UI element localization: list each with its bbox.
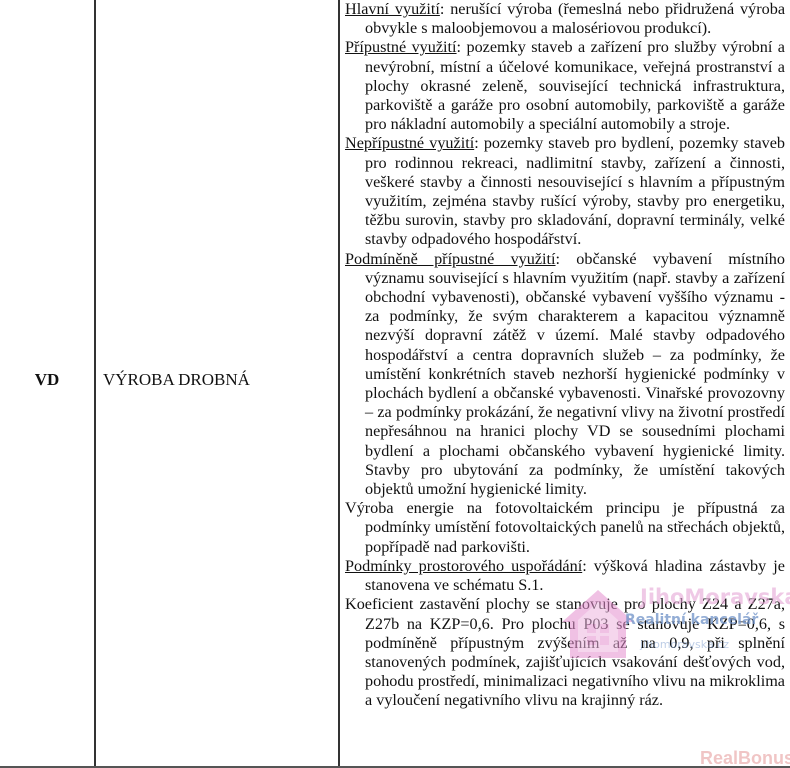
paragraph-label: Podmínky prostorového uspořádání — [345, 557, 582, 575]
zoning-table: VD VÝROBA DROBNÁ Hlavní využití: nerušíc… — [0, 0, 790, 768]
column-divider — [94, 0, 96, 766]
paragraph-text: Koeficient zastavění plochy se stanovuje… — [345, 595, 785, 709]
zone-regulations: Hlavní využití: nerušící výroba (řemesln… — [345, 0, 785, 711]
paragraph-label: Přípustné využití — [345, 38, 457, 56]
paragraph-text: : občanské vybavení místního významu sou… — [365, 250, 785, 498]
paragraph-conditional-use: Podmíněně přípustné využití: občanské vy… — [345, 250, 785, 500]
paragraph-prohibited-use: Nepřípustné využití: pozemky staveb pro … — [345, 134, 785, 249]
zone-code: VD — [0, 370, 94, 390]
column-divider — [338, 0, 340, 766]
paragraph-coverage-coefficient: Koeficient zastavění plochy se stanovuje… — [345, 595, 785, 710]
zone-name: VÝROBA DROBNÁ — [103, 370, 250, 390]
paragraph-label: Podmíněně přípustné využití — [345, 250, 556, 268]
paragraph-spatial-conditions: Podmínky prostorového uspořádání: výškov… — [345, 557, 785, 595]
paragraph-text: Výroba energie na fotovoltaickém princip… — [345, 499, 785, 555]
paragraph-main-use: Hlavní využití: nerušící výroba (řemesln… — [345, 0, 785, 38]
paragraph-label: Nepřípustné využití — [345, 134, 474, 152]
paragraph-permitted-use: Přípustné využití: pozemky staveb a zaří… — [345, 38, 785, 134]
paragraph-label: Hlavní využití — [345, 0, 440, 18]
paragraph-photovoltaic: Výroba energie na fotovoltaickém princip… — [345, 499, 785, 557]
